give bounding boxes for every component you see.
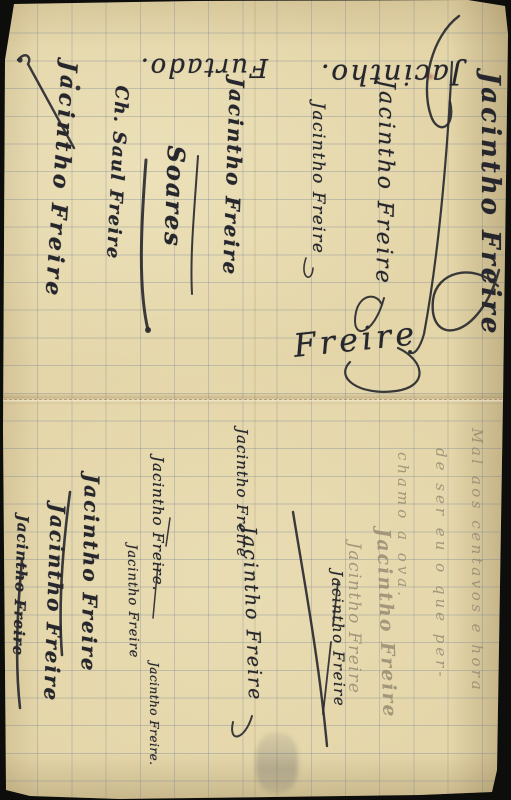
inscriptions-layer: Furtado.Jacintho.Jacintho FreireJacintho… [0,0,511,800]
scan-background: Furtado.Jacintho.Jacintho FreireJacintho… [0,0,511,800]
signature-bottom-3: Jacintho Freire. [150,456,165,591]
signature-large-right: Jacintho Freire [477,72,503,336]
signature-soares: Soares [160,145,188,248]
signature-upside-down-left: Furtado. [139,54,268,80]
paper: Furtado.Jacintho.Jacintho FreireJacintho… [0,0,511,800]
signature-bottom-4: Jacintho Freire [125,544,140,659]
signature-bottom-edge: Jacintho Freire [10,514,30,656]
signature-bottom-5: Jacintho Freire. [148,662,160,766]
signature-column-left: Jacintho Freire [41,60,80,299]
pencil-note-line-2: de ser eu o que per- [433,448,448,681]
signature-column-2: Jacintho Freire [371,80,397,286]
pencil-note-line-3: chamo a ova. [395,452,410,600]
signature-column-4: Jacintho Freire [220,77,247,276]
signature-bottom-mid-2: Jacintho Freire [239,526,264,702]
signature-saul-freire: Ch. Saul Freire [103,85,130,260]
signature-bottom-bold-1: Jacintho Freire [79,474,102,673]
pencil-signature-2: Jacintho Freire [345,542,362,694]
signature-column-3: Jacintho Freire [309,102,326,254]
signature-bottom-bold-2: Jacintho Freire [41,503,68,702]
signature-freire-horizontal: Freire [292,317,420,362]
pencil-note-line-1: Mal aos centavos e hora [469,428,484,693]
